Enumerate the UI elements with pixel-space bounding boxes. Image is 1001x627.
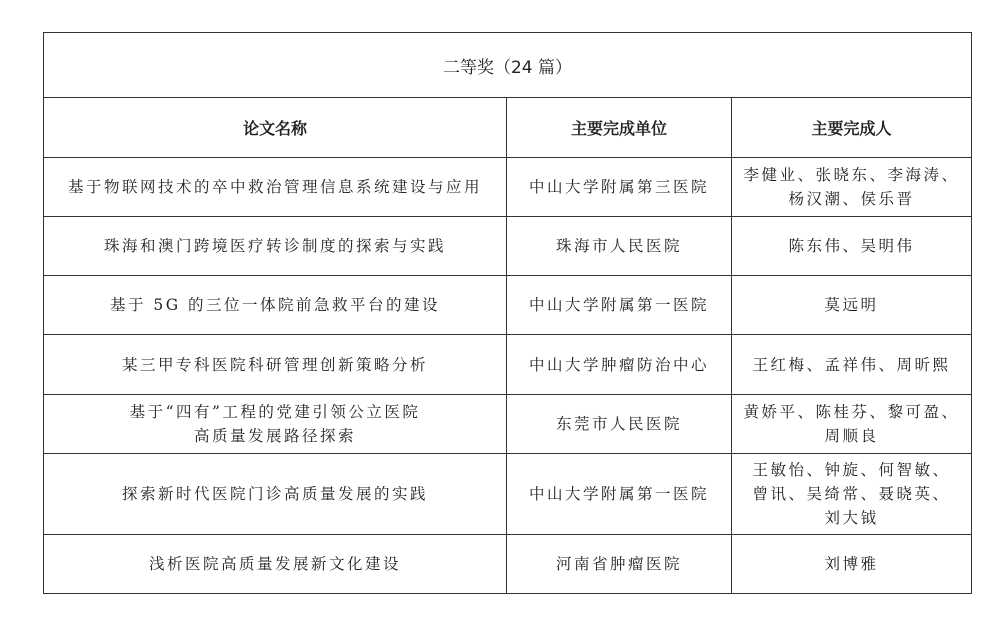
- authors-cell-line: 曾讯、吴绮常、聂晓英、: [738, 482, 965, 506]
- paper-title-cell: 基于物联网技术的卒中救治管理信息系统建设与应用: [44, 158, 507, 217]
- authors-cell-line: 陈东伟、吴明伟: [738, 234, 965, 258]
- authors-cell: 黄娇平、陈桂芬、黎可盈、周顺良: [732, 395, 972, 454]
- unit-cell: 珠海市人民医院: [507, 217, 732, 276]
- authors-cell: 陈东伟、吴明伟: [732, 217, 972, 276]
- paper-title-cell-line: 珠海和澳门跨境医疗转诊制度的探索与实践: [50, 234, 500, 258]
- table-row: 基于物联网技术的卒中救治管理信息系统建设与应用中山大学附属第三医院李健业、张晓东…: [44, 158, 972, 217]
- unit-cell: 中山大学附属第一医院: [507, 454, 732, 535]
- authors-cell-line: 莫远明: [738, 293, 965, 317]
- table-row: 浅析医院高质量发展新文化建设河南省肿瘤医院刘博雅: [44, 535, 972, 594]
- unit-cell: 中山大学附属第一医院: [507, 276, 732, 335]
- paper-title-cell-line: 基于 5G 的三位一体院前急救平台的建设: [50, 293, 500, 317]
- authors-cell: 李健业、张晓东、李海涛、杨汉潮、侯乐晋: [732, 158, 972, 217]
- table-row: 某三甲专科医院科研管理创新策略分析中山大学肿瘤防治中心王红梅、孟祥伟、周昕熙: [44, 335, 972, 395]
- authors-cell-line: 王红梅、孟祥伟、周昕熙: [738, 353, 965, 377]
- unit-cell: 中山大学肿瘤防治中心: [507, 335, 732, 395]
- header-authors: 主要完成人: [732, 98, 972, 158]
- paper-title-cell-line: 某三甲专科医院科研管理创新策略分析: [50, 353, 500, 377]
- table-row: 珠海和澳门跨境医疗转诊制度的探索与实践珠海市人民医院陈东伟、吴明伟: [44, 217, 972, 276]
- paper-title-cell-line: 浅析医院高质量发展新文化建设: [50, 552, 500, 576]
- paper-title-cell-line: 基于“四有”工程的党建引领公立医院: [50, 400, 500, 424]
- authors-cell: 王红梅、孟祥伟、周昕熙: [732, 335, 972, 395]
- authors-cell-line: 李健业、张晓东、李海涛、: [738, 163, 965, 187]
- paper-title-cell: 珠海和澳门跨境医疗转诊制度的探索与实践: [44, 217, 507, 276]
- award-title: 二等奖（24 篇）: [44, 33, 972, 98]
- paper-title-cell-line: 探索新时代医院门诊高质量发展的实践: [50, 482, 500, 506]
- unit-cell: 东莞市人民医院: [507, 395, 732, 454]
- authors-cell: 莫远明: [732, 276, 972, 335]
- header-unit: 主要完成单位: [507, 98, 732, 158]
- paper-title-cell-line: 基于物联网技术的卒中救治管理信息系统建设与应用: [50, 175, 500, 199]
- paper-title-cell: 基于“四有”工程的党建引领公立医院高质量发展路径探索: [44, 395, 507, 454]
- unit-cell: 河南省肿瘤医院: [507, 535, 732, 594]
- title-row: 二等奖（24 篇）: [44, 33, 972, 98]
- paper-title-cell: 基于 5G 的三位一体院前急救平台的建设: [44, 276, 507, 335]
- authors-cell-line: 刘大钺: [738, 506, 965, 530]
- authors-cell-line: 杨汉潮、侯乐晋: [738, 187, 965, 211]
- paper-title-cell: 探索新时代医院门诊高质量发展的实践: [44, 454, 507, 535]
- paper-title-cell: 某三甲专科医院科研管理创新策略分析: [44, 335, 507, 395]
- paper-title-cell-line: 高质量发展路径探索: [50, 424, 500, 448]
- header-paper-title: 论文名称: [44, 98, 507, 158]
- paper-title-cell: 浅析医院高质量发展新文化建设: [44, 535, 507, 594]
- authors-cell: 刘博雅: [732, 535, 972, 594]
- authors-cell: 王敏怡、钟旋、何智敏、曾讯、吴绮常、聂晓英、刘大钺: [732, 454, 972, 535]
- table-body: 基于物联网技术的卒中救治管理信息系统建设与应用中山大学附属第三医院李健业、张晓东…: [44, 158, 972, 594]
- table-row: 基于 5G 的三位一体院前急救平台的建设中山大学附属第一医院莫远明: [44, 276, 972, 335]
- unit-cell: 中山大学附属第三医院: [507, 158, 732, 217]
- table-row: 基于“四有”工程的党建引领公立医院高质量发展路径探索东莞市人民医院黄娇平、陈桂芬…: [44, 395, 972, 454]
- authors-cell-line: 黄娇平、陈桂芬、黎可盈、: [738, 400, 965, 424]
- table-row: 探索新时代医院门诊高质量发展的实践中山大学附属第一医院王敏怡、钟旋、何智敏、曾讯…: [44, 454, 972, 535]
- header-row: 论文名称 主要完成单位 主要完成人: [44, 98, 972, 158]
- award-table: 二等奖（24 篇） 论文名称 主要完成单位 主要完成人 基于物联网技术的卒中救治…: [43, 32, 972, 594]
- authors-cell-line: 刘博雅: [738, 552, 965, 576]
- authors-cell-line: 王敏怡、钟旋、何智敏、: [738, 458, 965, 482]
- authors-cell-line: 周顺良: [738, 424, 965, 448]
